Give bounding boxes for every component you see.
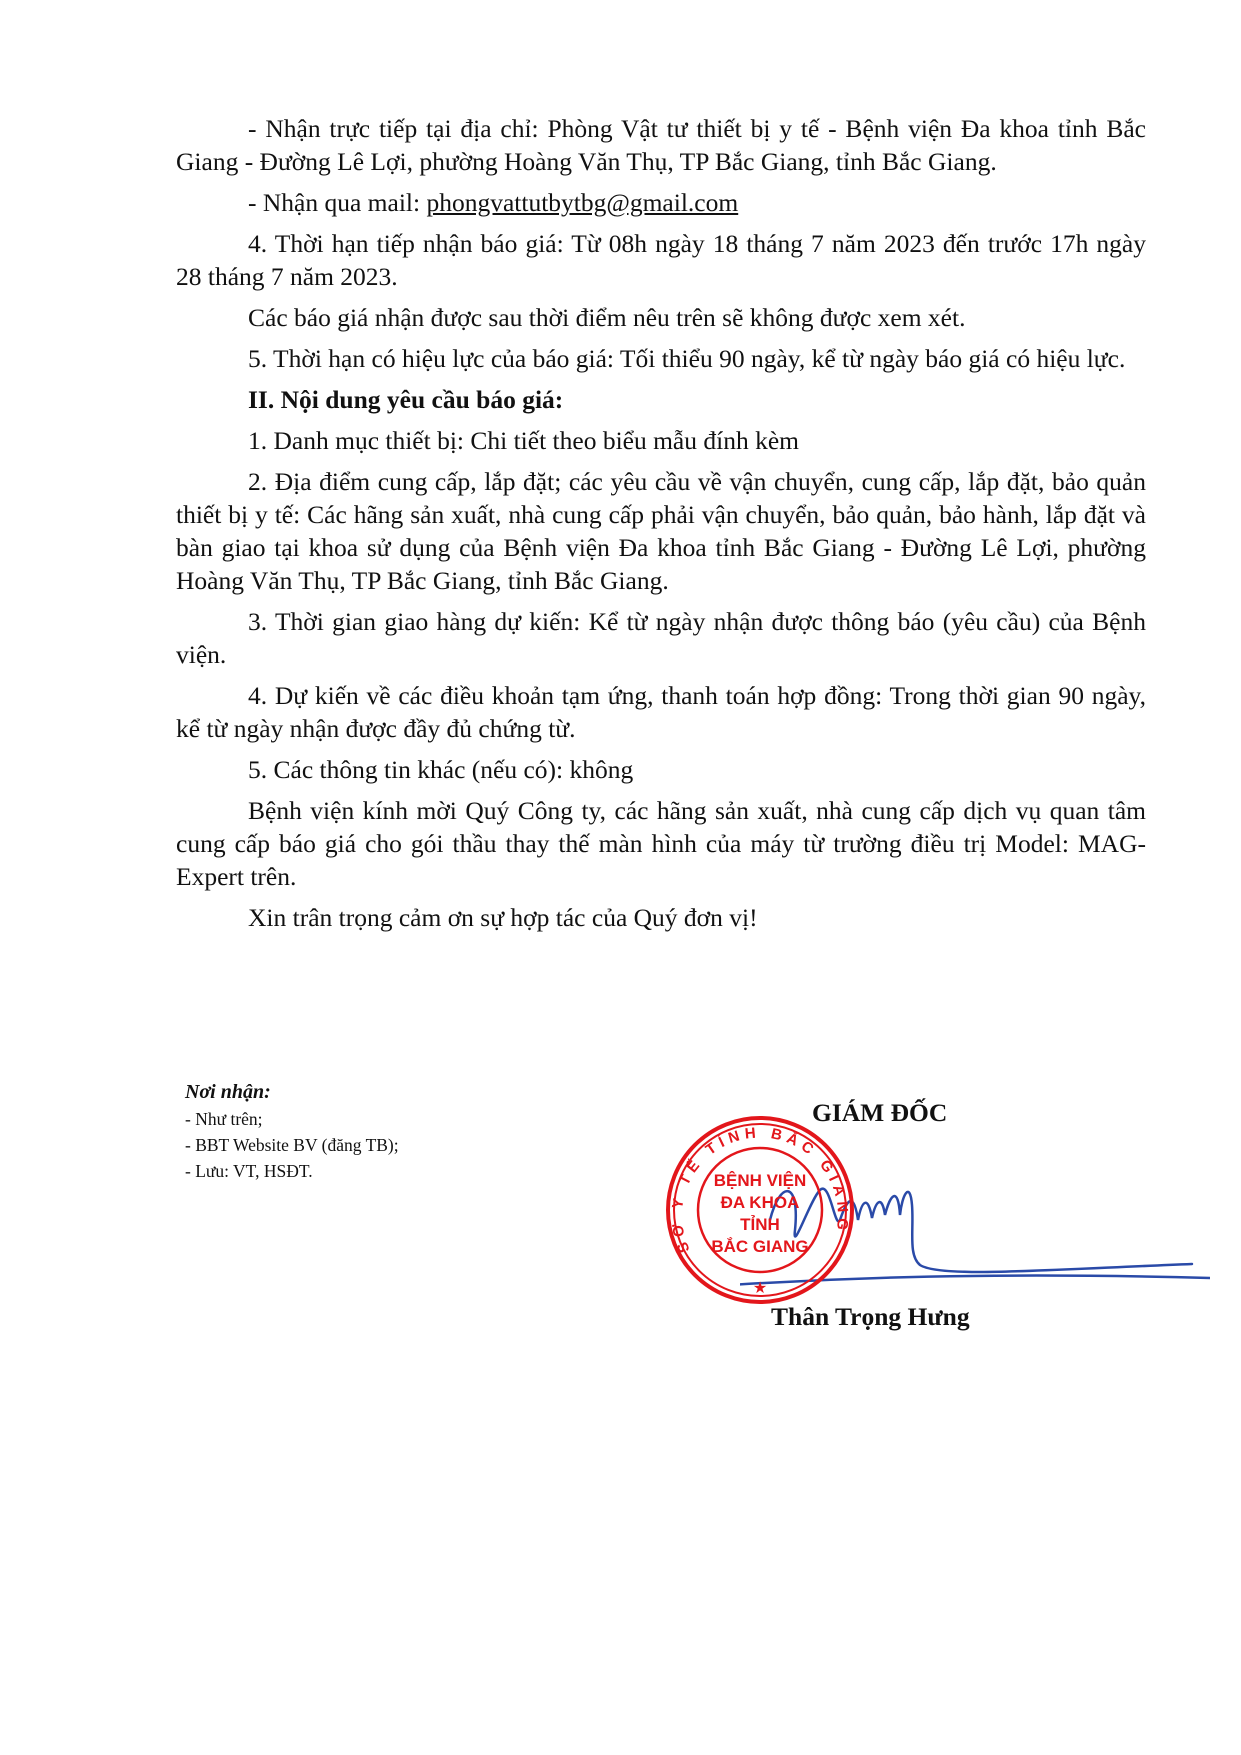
svg-text:BỆNH VIỆN: BỆNH VIỆN bbox=[714, 1171, 807, 1190]
paragraph-email: - Nhận qua mail: phongvattutbytbg@gmail.… bbox=[176, 186, 1146, 219]
paragraph-delivery-time: 3. Thời gian giao hàng dự kiến: Kể từ ng… bbox=[176, 605, 1146, 671]
official-stamp-icon: SỞ Y TẾ TỈNH BẮC GIANG BỆNH VIỆN ĐA KHOA… bbox=[660, 1110, 860, 1310]
paragraph-thanks: Xin trân trọng cảm ơn sự hợp tác của Quý… bbox=[176, 901, 1146, 934]
paragraph-validity: 5. Thời hạn có hiệu lực của báo giá: Tối… bbox=[176, 342, 1146, 375]
email-label: - Nhận qua mail: bbox=[248, 188, 426, 217]
paragraph-direct-address: - Nhận trực tiếp tại địa chỉ: Phòng Vật … bbox=[176, 112, 1146, 178]
recipient-item: - Lưu: VT, HSĐT. bbox=[185, 1158, 399, 1184]
section-heading: II. Nội dung yêu cầu báo giá: bbox=[176, 383, 1146, 416]
paragraph-other-info: 5. Các thông tin khác (nếu có): không bbox=[176, 753, 1146, 786]
signatory-name: Thân Trọng Hưng bbox=[771, 1302, 970, 1332]
paragraph-equipment-list: 1. Danh mục thiết bị: Chi tiết theo biểu… bbox=[176, 424, 1146, 457]
document-page: - Nhận trực tiếp tại địa chỉ: Phòng Vật … bbox=[0, 0, 1241, 1755]
svg-text:ĐA KHOA: ĐA KHOA bbox=[721, 1193, 800, 1212]
recipient-item: - Như trên; bbox=[185, 1106, 399, 1132]
svg-text:BẮC GIANG: BẮC GIANG bbox=[711, 1237, 808, 1256]
paragraph-payment-terms: 4. Dự kiến về các điều khoản tạm ứng, th… bbox=[176, 679, 1146, 745]
paragraph-invitation: Bệnh viện kính mời Quý Công ty, các hãng… bbox=[176, 794, 1146, 893]
document-body: - Nhận trực tiếp tại địa chỉ: Phòng Vật … bbox=[176, 112, 1146, 942]
signatory-title: GIÁM ĐỐC bbox=[812, 1098, 947, 1128]
paragraph-deadline: 4. Thời hạn tiếp nhận báo giá: Từ 08h ng… bbox=[176, 227, 1146, 293]
paragraph-delivery-location: 2. Địa điểm cung cấp, lắp đặt; các yêu c… bbox=[176, 465, 1146, 597]
recipients-block: Nơi nhận: - Như trên; - BBT Website BV (… bbox=[185, 1078, 399, 1184]
svg-text:★: ★ bbox=[753, 1280, 767, 1297]
paragraph-late-note: Các báo giá nhận được sau thời điểm nêu … bbox=[176, 301, 1146, 334]
svg-text:TỈNH: TỈNH bbox=[740, 1215, 780, 1234]
recipients-title: Nơi nhận: bbox=[185, 1078, 399, 1106]
recipient-item: - BBT Website BV (đăng TB); bbox=[185, 1132, 399, 1158]
email-link[interactable]: phongvattutbytbg@gmail.com bbox=[426, 188, 738, 217]
